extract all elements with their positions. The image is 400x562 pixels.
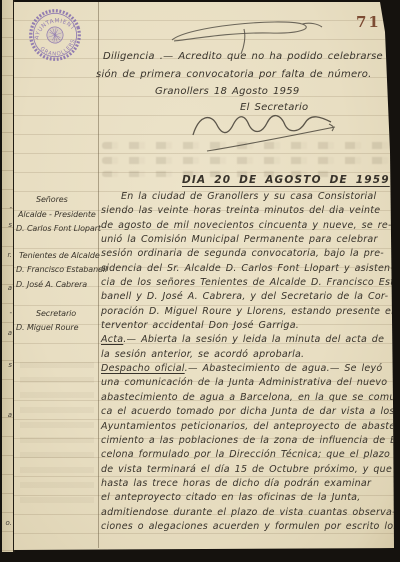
margin-name-teniente2: D. José A. Cabrera xyxy=(16,280,87,289)
ledger-page: AYUNTAMIENTO GRANOLLERS 71 Diligencia .—… xyxy=(14,2,394,550)
body-line: sesión ordinaria de segunda convocatoria… xyxy=(101,248,393,262)
body-line: abastecimiento de agua a Barcelona, en l… xyxy=(101,392,393,406)
cutoff-text-fragment: - xyxy=(9,310,12,317)
body-line: cia de los señores Tenientes de Alcalde … xyxy=(101,277,393,291)
diligencia-lead: Diligencia xyxy=(103,51,155,62)
body-line: sidencia del Sr. Alcalde D. Carlos Font … xyxy=(101,263,393,277)
margin-role-secretario: Secretario xyxy=(36,309,76,318)
body-line: una comunicación de la Junta Administrat… xyxy=(101,377,393,391)
diligencia-dateline: Granollers 18 Agosto 1959 xyxy=(155,86,300,97)
despacho-oficial-lead: Despacho oficial xyxy=(101,363,185,374)
body-line: En la ciudad de Granollers y su casa Con… xyxy=(101,191,393,205)
margin-name-secretario: D. Miguel Roure xyxy=(16,323,78,332)
margin-name-teniente1: D. Francisco Estabanell xyxy=(16,265,107,274)
margin-rule-line xyxy=(98,2,99,548)
body-line-despacho: Despacho oficial.— Abastecimiento de agu… xyxy=(101,363,393,377)
cutoff-text-fragment: o. xyxy=(5,520,12,527)
diligencia-line-2: sión de primera convocatoria por falta d… xyxy=(96,69,372,80)
diligencia-line-1: Diligencia .— Acredito que no ha podido … xyxy=(103,51,400,62)
body-line-acta: Acta.— Abierta la sesión y leida la minu… xyxy=(101,334,393,348)
body-line: unió la Comisión Municipal Permanente pa… xyxy=(101,234,393,248)
pen-scribble-mark xyxy=(158,14,326,54)
cutoff-text-fragment: s xyxy=(8,362,12,369)
body-line: el anteproyecto citado en las oficinas d… xyxy=(101,492,393,506)
diligencia-line-1-rest: .— Acredito que no ha podido celebrarse … xyxy=(155,51,400,62)
body-line: terventor accidental Don José Garriga. xyxy=(101,320,393,334)
margin-role-tenientes: Tenientes de Alcalde xyxy=(19,251,100,260)
cutoff-text-fragment: a xyxy=(8,412,12,419)
body-line: .— Abierta la sesión y leida la minuta d… xyxy=(123,334,384,345)
cutoff-text-fragment: - xyxy=(9,205,12,212)
ink-bleedthrough xyxy=(20,362,94,512)
body-line: Ayuntamientos peticionarios, del antepro… xyxy=(101,421,393,435)
body-line: cimiento a las poblaciones de la zona de… xyxy=(101,435,393,449)
ink-bleedthrough xyxy=(102,157,390,164)
page-number: 71 xyxy=(356,13,381,31)
body-line: celona formulado por la Dirección Técnic… xyxy=(101,449,393,463)
body-line: banell y D. José A. Cabrera, y del Secre… xyxy=(101,291,393,305)
body-line: la sesión anterior, se acordó aprobarla. xyxy=(101,349,393,363)
body-line: admitiendose durante el plazo de vista c… xyxy=(101,507,393,521)
cutoff-text-fragment: a xyxy=(8,330,12,337)
body-line: poración D. Miguel Roure y Llorens, esta… xyxy=(101,306,393,320)
session-date-heading: DIA 20 DE AGOSTO DE 1959 xyxy=(182,174,390,186)
acta-lead: Acta xyxy=(101,334,123,345)
body-line: ca el acuerdo tomado por dicha Junta de … xyxy=(101,406,393,420)
cutoff-text-fragment: s xyxy=(8,222,12,229)
body-line: de agosto de mil novecientos cincuenta y… xyxy=(101,220,393,234)
previous-page-edge: - s r. a - a s a o. xyxy=(2,0,15,552)
minutes-body: En la ciudad de Granollers y su casa Con… xyxy=(101,191,393,535)
body-line: .— Abastecimiento de agua.— Se leyó xyxy=(185,363,383,374)
margin-name-alcalde: D. Carlos Font Llopart xyxy=(16,224,101,233)
margin-title: Señores xyxy=(36,195,68,204)
body-line: hasta las trece horas de dicho día podrá… xyxy=(101,478,393,492)
body-line: ciones o alegaciones acuerden y formulen… xyxy=(101,521,393,535)
body-line: siendo las veinte horas treinta minutos … xyxy=(101,205,393,219)
scanned-minutes-page: - s r. a - a s a o. xyxy=(0,0,400,562)
ayuntamiento-granollers-stamp-icon: AYUNTAMIENTO GRANOLLERS xyxy=(28,8,82,62)
secretary-signature xyxy=(185,103,345,155)
body-line: de vista terminará el día 15 de Octubre … xyxy=(101,464,393,478)
cutoff-text-fragment: a xyxy=(8,285,12,292)
cutoff-text-fragment: r. xyxy=(8,252,12,259)
margin-role-alcalde: Alcalde - Presidente xyxy=(18,210,96,219)
